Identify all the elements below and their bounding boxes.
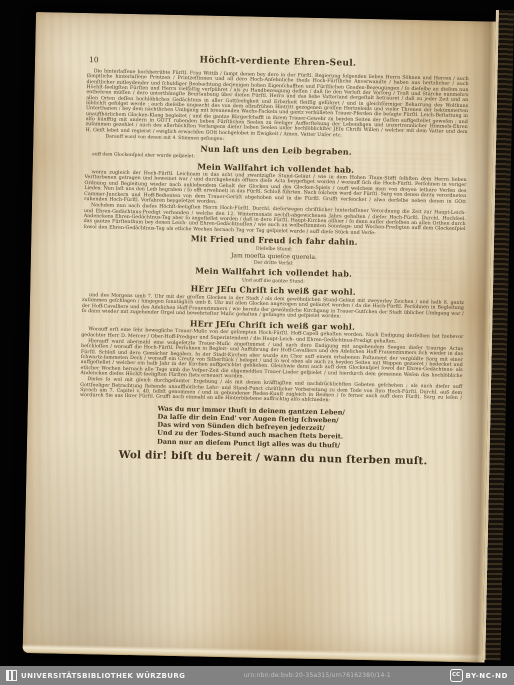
running-title: Höchſt-verdiente Ehren-Seul. <box>87 53 469 71</box>
library-name: UNIVERSITÄTSBIBLIOTHEK WÜRZBURG <box>21 672 185 680</box>
final-verse-line: Wol dir! biſt du bereit / wann du nun ſt… <box>119 449 461 468</box>
library-branding: UNIVERSITÄTSBIBLIOTHEK WÜRZBURG <box>6 670 185 681</box>
license-badge: CC BY-NC-ND <box>450 669 508 682</box>
library-logo-icon <box>6 670 17 681</box>
paper-edge <box>23 644 485 663</box>
scanned-page: 10 Höchſt-verdiente Ehren-Seul. Die hint… <box>23 12 498 663</box>
library-footer-bar: UNIVERSITÄTSBIBLIOTHEK WÜRZBURG urn:nbn:… <box>0 666 514 685</box>
creative-commons-icon: CC <box>450 669 463 682</box>
book-scan-viewport: 10 Höchſt-verdiente Ehren-Seul. Die hint… <box>0 0 514 685</box>
urn-identifier: urn:nbn:de:bvb:20-35a315/urn76162380/14-… <box>244 672 391 679</box>
license-label: BY-NC-ND <box>466 672 508 680</box>
printed-text-block: 10 Höchſt-verdiente Ehren-Seul. Die hint… <box>79 53 469 468</box>
body-paragraph: Die hinterlaſſene hochbetrübte Fürſtl. F… <box>85 69 468 141</box>
